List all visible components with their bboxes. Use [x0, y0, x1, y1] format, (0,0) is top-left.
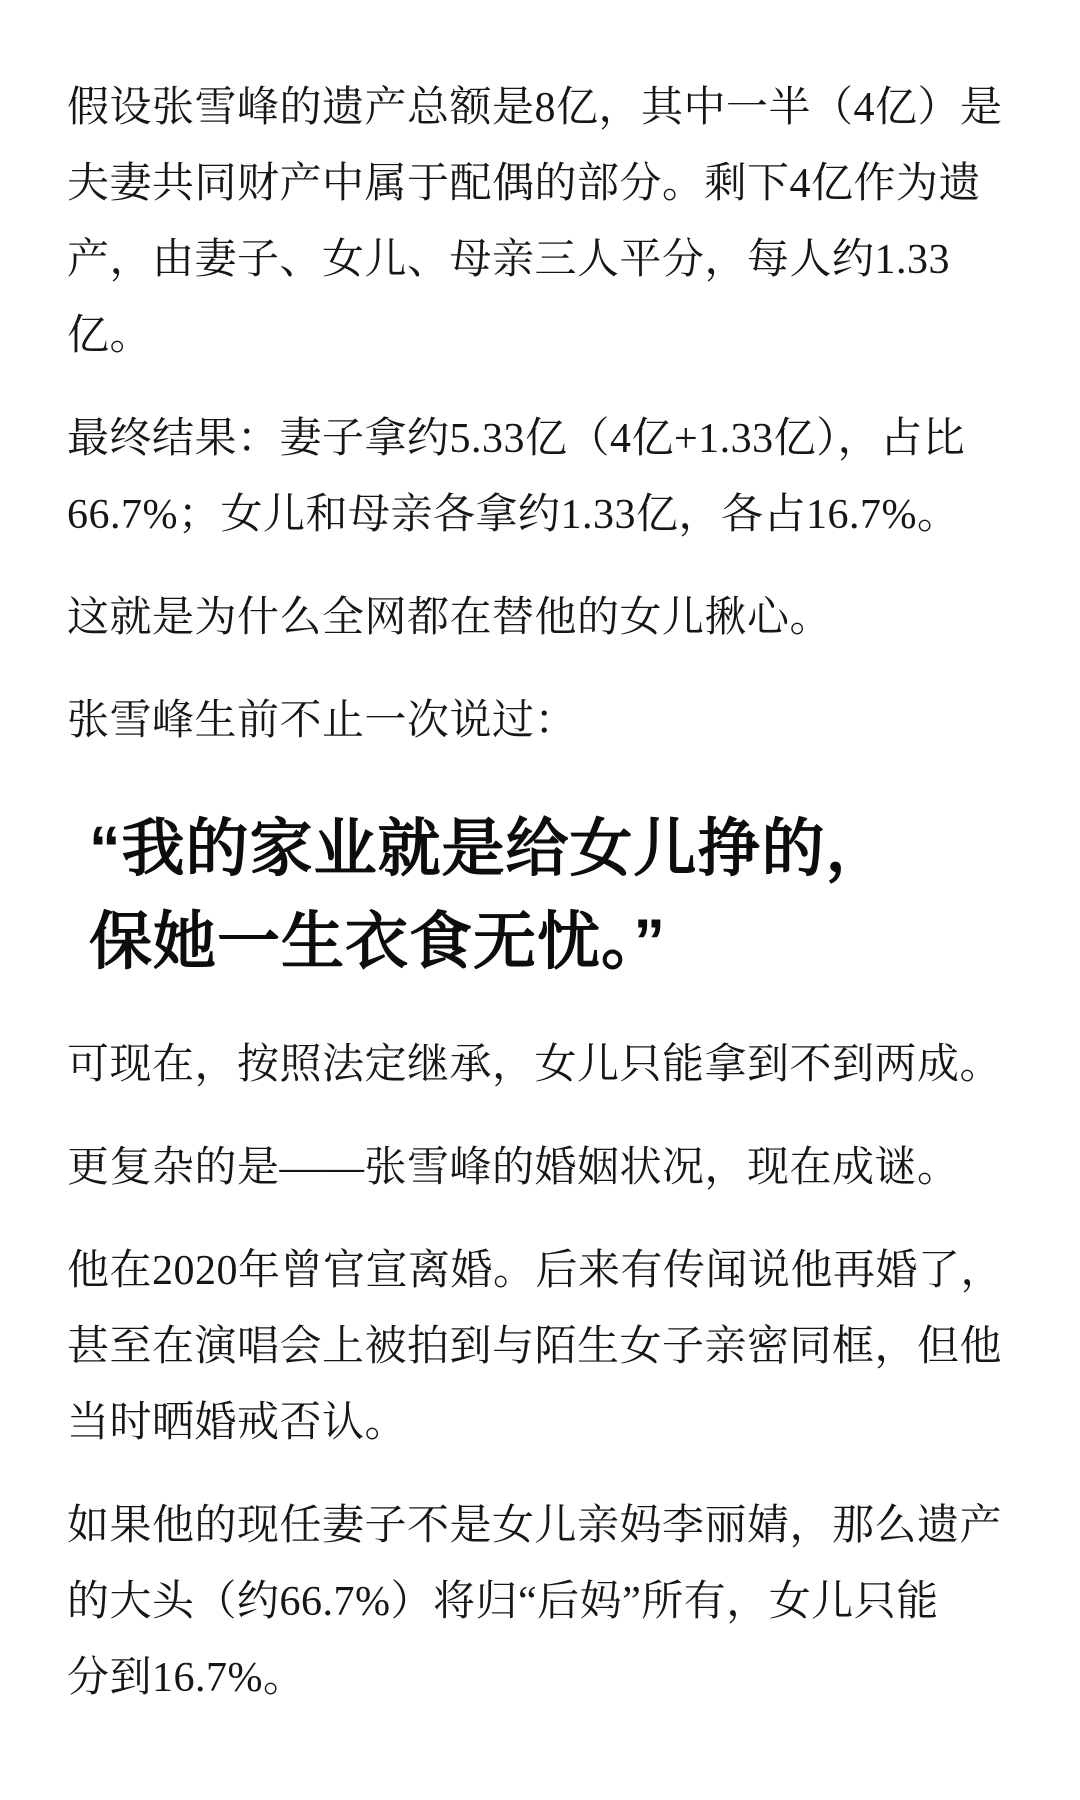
paragraph-marriage-mystery: 更复杂的是——张雪峰的婚姻状况，现在成谜。 — [67, 1130, 1040, 1206]
article-body: 假设张雪峰的遗产总额是8亿，其中一半（4亿）是夫妻共同财产中属于配偶的部分。剩下… — [0, 0, 1080, 1716]
paragraph-net-worry: 这就是为什么全网都在替他的女儿揪心。 — [67, 580, 1040, 656]
text-line: 可现在，按照法定继承，女儿只能拿到不到两成。 — [67, 1027, 1040, 1103]
text-line: 甚至在演唱会上被拍到与陌生女子亲密同框，但他 — [67, 1309, 1040, 1385]
paragraph-legal-inheritance: 可现在，按照法定继承，女儿只能拿到不到两成。 — [67, 1027, 1040, 1103]
paragraph-final-result: 最终结果：妻子拿约5.33亿（4亿+1.33亿），占比66.7%；女儿和母亲各拿… — [67, 401, 1040, 553]
text-line: 夫妻共同财产中属于配偶的部分。剩下4亿作为遗 — [67, 146, 1040, 222]
text-line: 他在2020年曾官宣离婚。后来有传闻说他再婚了， — [67, 1233, 1040, 1309]
text-line: 假设张雪峰的遗产总额是8亿，其中一半（4亿）是 — [67, 70, 1040, 146]
text-line: 张雪峰生前不止一次说过： — [67, 683, 1040, 759]
paragraph-quote-intro: 张雪峰生前不止一次说过： — [67, 683, 1040, 759]
text-line: 66.7%；女儿和母亲各拿约1.33亿，各占16.7%。 — [67, 477, 1040, 553]
text-line: 更复杂的是——张雪峰的婚姻状况，现在成谜。 — [67, 1130, 1040, 1206]
text-line: “我的家业就是给女儿挣的， — [89, 803, 1040, 896]
paragraph-inheritance-assumption: 假设张雪峰的遗产总额是8亿，其中一半（4亿）是夫妻共同财产中属于配偶的部分。剩下… — [67, 70, 1040, 374]
text-line: 亿。 — [67, 298, 1040, 374]
text-line: 最终结果：妻子拿约5.33亿（4亿+1.33亿），占比 — [67, 401, 1040, 477]
pull-quote: “我的家业就是给女儿挣的，保她一生衣食无忧。” — [67, 803, 1040, 989]
text-line: 产，由妻子、女儿、母亲三人平分，每人约1.33 — [67, 222, 1040, 298]
paragraph-divorce-rumors: 他在2020年曾官宣离婚。后来有传闻说他再婚了，甚至在演唱会上被拍到与陌生女子亲… — [67, 1233, 1040, 1461]
text-line: 分到16.7%。 — [67, 1640, 1040, 1716]
text-line: 如果他的现任妻子不是女儿亲妈李丽婧，那么遗产 — [67, 1488, 1040, 1564]
text-line: 当时晒婚戒否认。 — [67, 1385, 1040, 1461]
text-line: 的大头（约66.7%）将归“后妈”所有，女儿只能 — [67, 1564, 1040, 1640]
text-line: 这就是为什么全网都在替他的女儿揪心。 — [67, 580, 1040, 656]
text-line: 保她一生衣食无忧。” — [89, 896, 1040, 989]
paragraph-stepmother-scenario: 如果他的现任妻子不是女儿亲妈李丽婧，那么遗产的大头（约66.7%）将归“后妈”所… — [67, 1488, 1040, 1716]
